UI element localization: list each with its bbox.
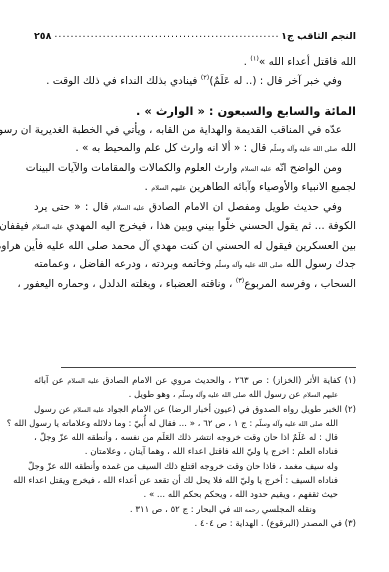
footnote-separator xyxy=(61,367,356,368)
body-line: ومن الواضح انّه عليه السلام وارث العلوم … xyxy=(34,159,356,179)
honorific: رحمه الله xyxy=(233,506,259,514)
line-pre: الكوفة ... ثم يقول الحسني خلّوا بيني وبي… xyxy=(63,220,356,232)
body-line: جدك رسول الله صلى الله عليه وآله وسلّم و… xyxy=(34,255,356,275)
line-pre: الله xyxy=(337,142,356,154)
line-pre: (٢) الخبر طويل رواه الصدوق في (عيون أخبا… xyxy=(104,405,356,415)
honorific: عليهم السلام xyxy=(151,184,186,192)
line-tail: ، وهو طويل . xyxy=(129,390,179,400)
footnote-ref-1: (١) xyxy=(250,55,259,63)
body-line: السحاب ، وفرسه المربوع(٣) ، وناقته العضب… xyxy=(34,275,356,294)
footnote-line: (٣) في المصدر (البرقوع) . الهداية : ص ٤٠… xyxy=(34,517,356,531)
page-number: ٢٥٨ xyxy=(34,31,51,42)
line-pre: جدك رسول الله xyxy=(283,258,356,270)
honorific: عليه السلام xyxy=(32,223,63,231)
honorific: عليه السلام xyxy=(241,165,272,173)
line-text: عن رسول الله xyxy=(246,390,303,400)
body-line: الله صلى الله عليه وآله وسلّم قال : « أل… xyxy=(34,139,356,159)
line-text: قال : « ألا انه وارث كل علم والمحيط به »… xyxy=(75,142,269,154)
footnote-line: قال : له عَلَمٌ اذا حان وقت خروجه انتشر … xyxy=(34,431,356,445)
line-text: فيقفان xyxy=(0,220,32,232)
honorific: صلى الله عليه وآله وسلّم xyxy=(178,391,246,399)
book-page: النجم الثاقب ج١ ........................… xyxy=(34,0,356,572)
line-tail: ، وناقته العضباء ، وبغلته الدلدل ، وحمار… xyxy=(17,278,235,290)
line-pre: ومن الواضح انّه xyxy=(272,162,342,174)
honorific: صلى الله عليه وآله وسلّم xyxy=(255,420,323,428)
footnote-line: فناداه العلم : اخرج يا وليّ الله فاقتل ا… xyxy=(34,445,356,459)
line-pre: ونقله المجلسي xyxy=(259,505,316,515)
line-text: عن آبائه xyxy=(34,376,67,386)
body-line: لجميع الانبياء والأوصياء وآبائه الطاهرين… xyxy=(34,178,356,198)
body-line: وفي خبر آخر قال : (.. له عَلَمٌ)(٢) فينا… xyxy=(34,72,356,91)
line-text: لجميع الانبياء والأوصياء وآبائه الطاهرين xyxy=(186,181,356,193)
footnote-line: (٢) الخبر طويل رواه الصدوق في (عيون أخبا… xyxy=(34,403,356,417)
footnote-line: ونقله المجلسي رحمه الله في البحار : ج ٥٢… xyxy=(34,503,356,517)
footnote-line: وله سيف مغمد ، فاذا حان وقت خروجه اقتلع … xyxy=(34,460,356,474)
honorific: عليه السلام xyxy=(113,204,145,212)
line-text: وارث العلوم والكمالات والمقامات والآيات … xyxy=(26,162,241,174)
line-pre: وفي حديث طويل ومفصل ان الامام الصادق xyxy=(145,201,342,213)
line-text: في البحار : ج ٥٢ ، ص ٣١١ . xyxy=(130,505,233,515)
honorific: صلى الله عليه وآله وسلّم xyxy=(215,261,283,269)
footnote-line: فناداه السيف : أخرج يا وليّ الله فلا يحل… xyxy=(34,474,356,488)
footnote-line: (١) كفاية الأثر (الخزاز) : ص ٢٦٣ ، والحد… xyxy=(34,374,356,388)
footnotes: (١) كفاية الأثر (الخزاز) : ص ٢٦٣ ، والحد… xyxy=(34,374,356,531)
line-pre: (١) كفاية الأثر (الخزاز) : ص ٢٦٣ ، والحد… xyxy=(99,376,356,386)
book-title: النجم الثاقب ج١ xyxy=(281,31,356,42)
honorific: صلى الله عليه وآله وسلّم xyxy=(270,145,338,153)
line-text: وفي خبر آخر قال : (.. له عَلَمٌ) xyxy=(209,75,342,87)
line-text: السحاب ، وفرسه المربوع xyxy=(244,278,356,290)
line-text: : ج ١ ، ص ٦٢ ، « ... فقال له أُبيّ : وما… xyxy=(7,419,255,429)
footnote-line: الله صلى الله عليه وآله وسلّم : ج ١ ، ص … xyxy=(34,417,356,431)
section-heading: المائة والسابع والسبعون : « الوارث » . xyxy=(34,102,356,121)
line-text: عن رسول xyxy=(34,405,73,415)
line-text: قال : « حتى يرد xyxy=(34,201,113,213)
body-line: الله فاقتل أعداء الله »(١) . xyxy=(34,53,356,72)
line-text: الله فاقتل أعداء الله » xyxy=(259,56,356,68)
line-text: وخاتمه وبردته ، ودرعه الفاضل ، وعمامته xyxy=(34,258,215,270)
body-line: بين العسكرين فيقول له الحسني ان كنت مهدي… xyxy=(34,237,356,256)
running-header: النجم الثاقب ج١ ........................… xyxy=(34,29,356,43)
spacer xyxy=(34,90,356,102)
body-line: عدّه في المناقب القديمة والهداية من القا… xyxy=(34,121,356,140)
body-line: الكوفة ... ثم يقول الحسني خلّوا بيني وبي… xyxy=(34,217,356,237)
honorific: عليهم السلام xyxy=(303,391,338,399)
line-tail: فينادي بذلك النداء في ذلك الوقت . xyxy=(46,75,201,87)
honorific: عليه السلام xyxy=(67,377,99,385)
line-pre: الله xyxy=(323,419,338,429)
main-text: الله فاقتل أعداء الله »(١) . وفي خبر آخر… xyxy=(34,53,356,293)
leader-dots: ........................................… xyxy=(54,30,278,42)
footnote-line: عليهم السلام عن رسول الله صلى الله عليه … xyxy=(34,388,356,402)
body-line: وفي حديث طويل ومفصل ان الامام الصادق علي… xyxy=(34,198,356,218)
honorific: عليه السلام xyxy=(73,406,104,414)
footnote-line: حيث ثقفهم ، ويقيم حدود الله ، ويحكم بحكم… xyxy=(34,488,356,502)
